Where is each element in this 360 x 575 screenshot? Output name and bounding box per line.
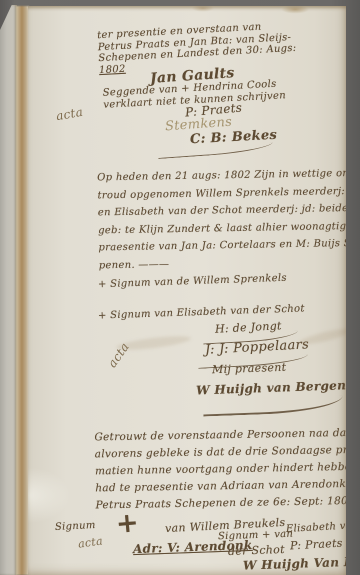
signature-praets-bottom: P: Praets [290, 537, 343, 553]
manuscript-page: ter presentie en overstaan van Petrus Pr… [28, 6, 346, 575]
signature-secretary: W Huijgh van Bergen Secrts [196, 377, 346, 398]
signum-groom-line: + Signum van de Willem Sprenkels [98, 273, 287, 291]
margin-note-acta: acta [77, 534, 103, 550]
bride-name-line: der Schot [228, 543, 285, 558]
signature-flourish [203, 396, 343, 417]
betrothal-paragraph: Op heden den 21 augs: 1802 Zijn in wetti… [97, 165, 346, 275]
signing-cross-mark: + [115, 507, 141, 540]
manuscript-photo: ter presentie en overstaan van Petrus Pr… [0, 0, 360, 575]
page-edge-shadow [0, 0, 14, 575]
mij-praesent-line: Mij praesent [212, 361, 287, 377]
margin-note-acta: acta [55, 105, 84, 123]
bride-name-line: Elisabeth van [286, 520, 346, 535]
ink-smudge [116, 333, 192, 352]
signum-label-left: Signum [55, 520, 96, 533]
signum-label-right: Signum + van [218, 529, 294, 543]
marriage-paragraph: Getrouwt de vorenstaande Persoonen naa d… [94, 425, 346, 515]
